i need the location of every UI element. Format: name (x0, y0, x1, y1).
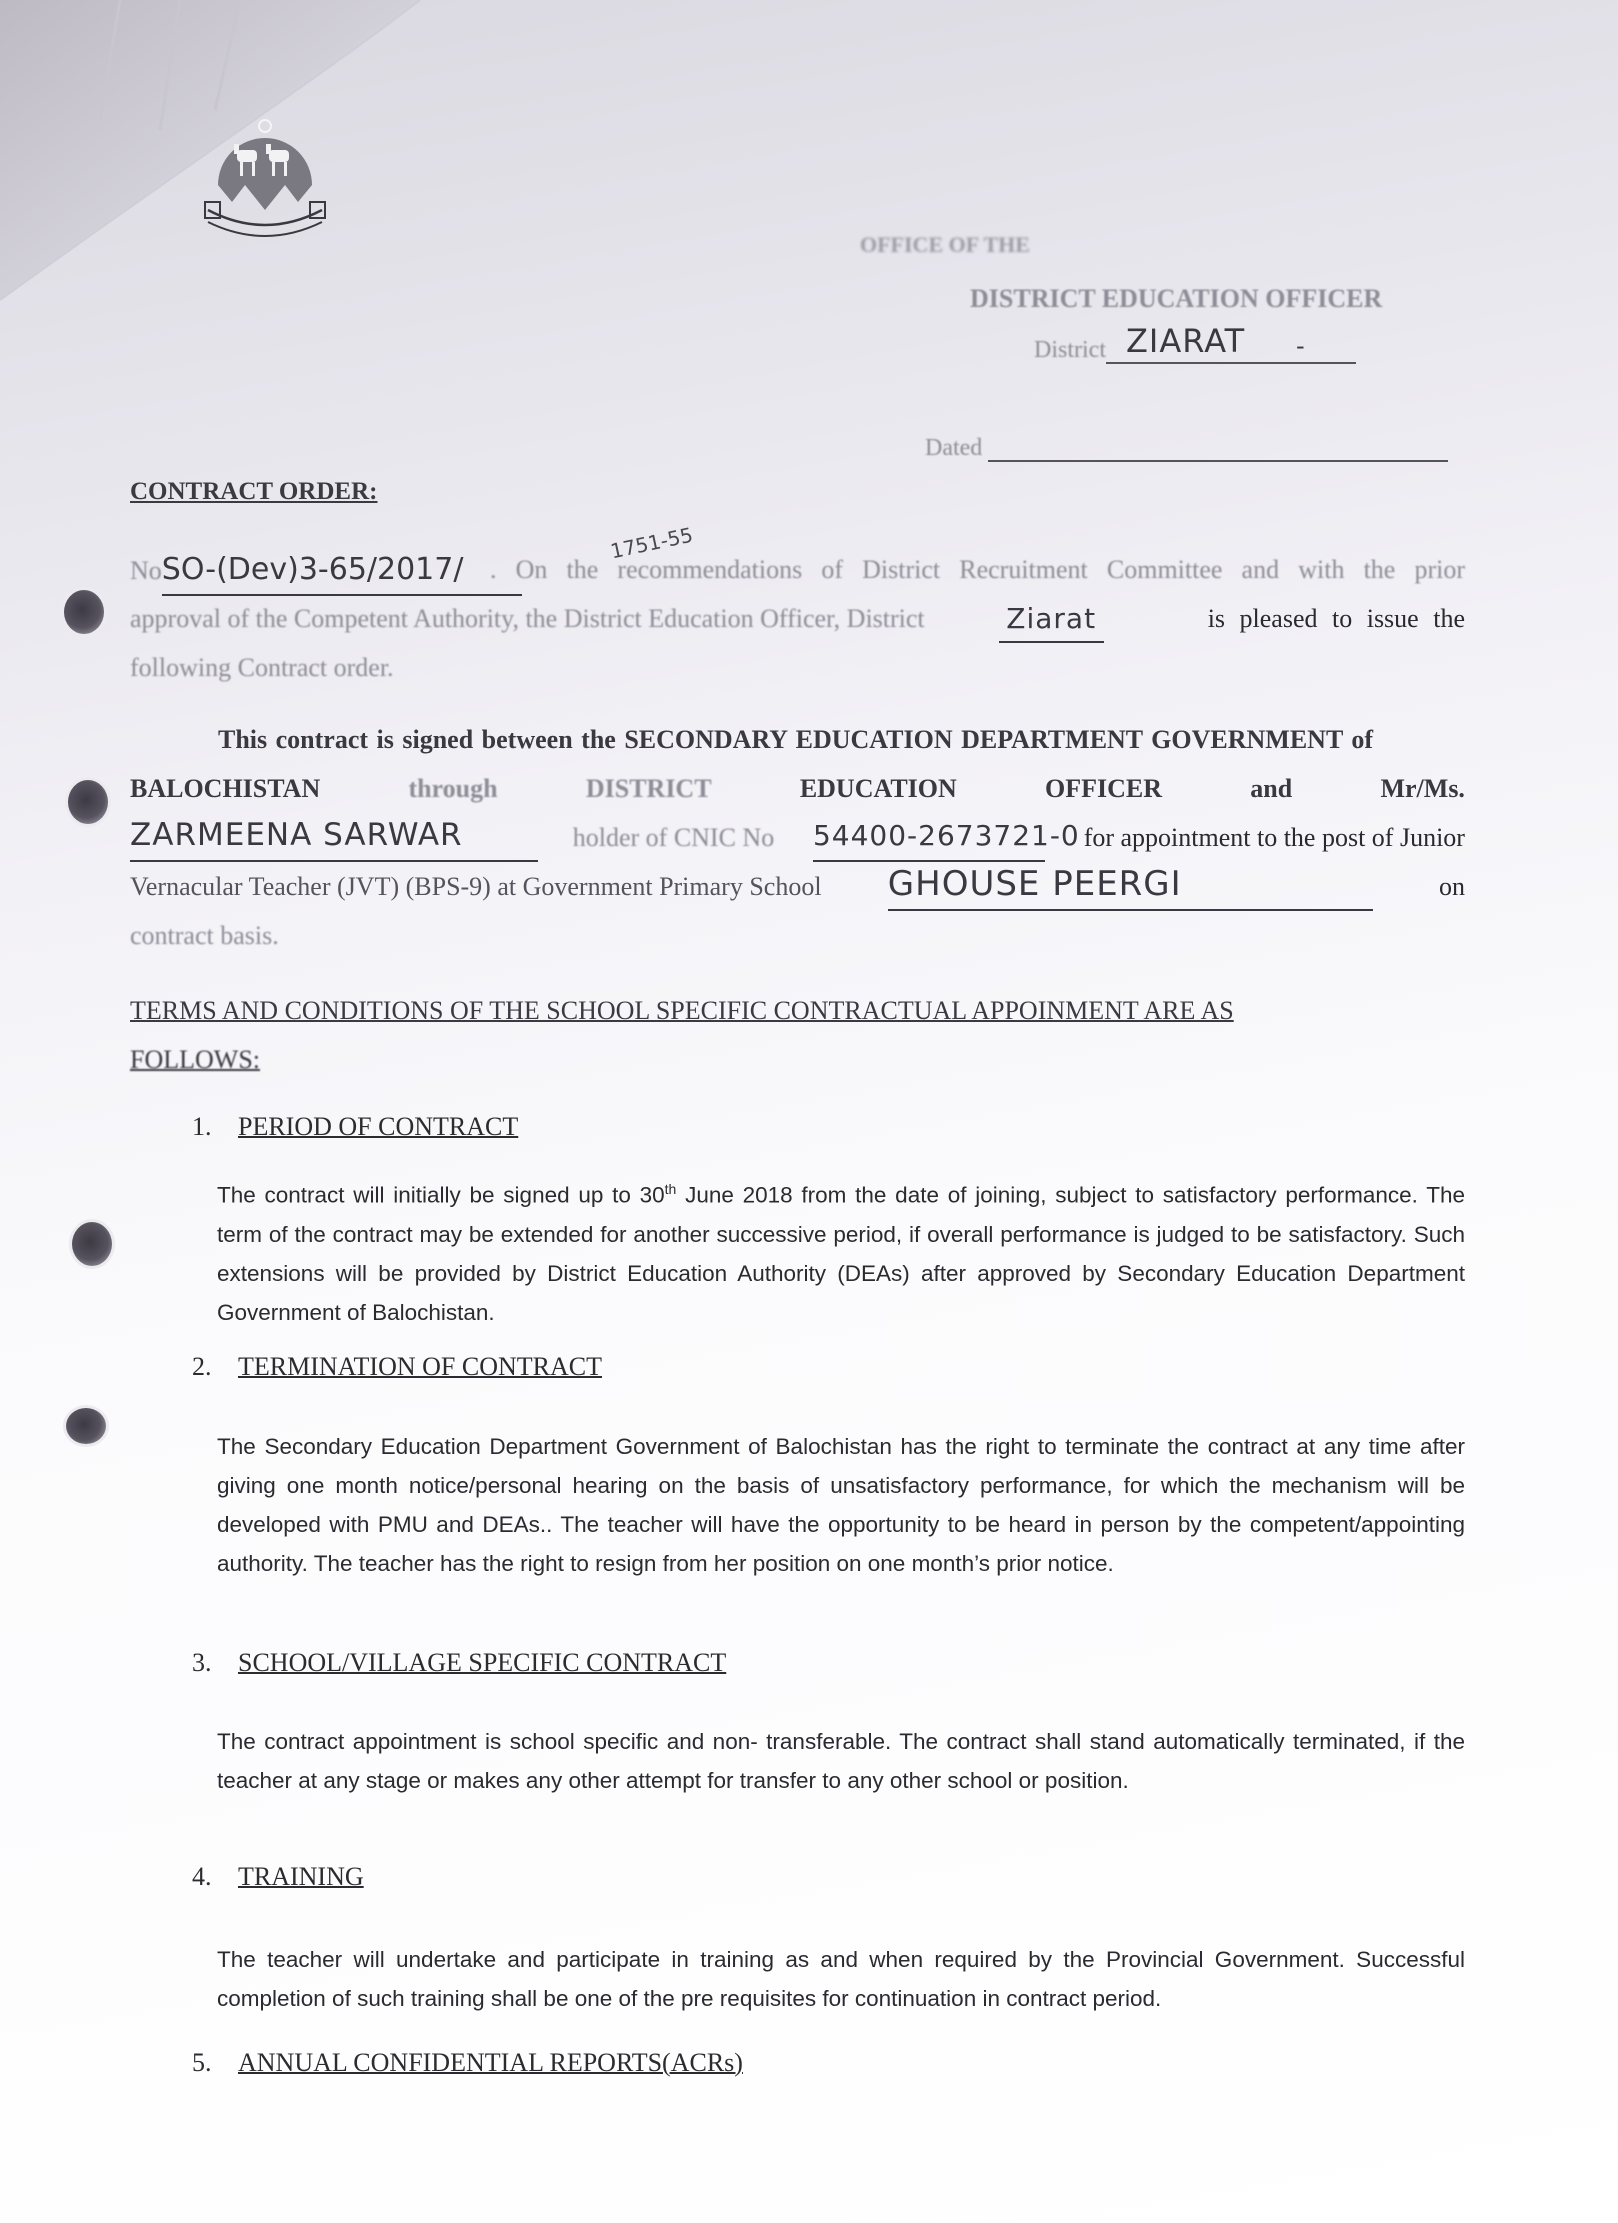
contract-line-4-end: on (1439, 862, 1465, 911)
contract-line-2-word: EDUCATION (800, 764, 957, 813)
order-line-2-end: is pleased to issue the (1208, 594, 1465, 643)
contract-line-2-word: BALOCHISTAN (130, 764, 320, 813)
office-of-the-heading: OFFICE OF THE (860, 232, 1030, 258)
section-title: TRAINING (238, 1862, 364, 1891)
punch-hole (68, 780, 108, 824)
dated-line: Dated (925, 432, 1448, 462)
order-paragraph: NoSO-(Dev)3-65/2017/1751-55. On the reco… (130, 545, 1465, 692)
section-3-heading: 3.SCHOOL/VILLAGE SPECIFIC CONTRACT (192, 1648, 726, 1678)
section-5-heading: 5.ANNUAL CONFIDENTIAL REPORTS(ACRs) (192, 2048, 743, 2078)
district-line: DistrictZIARAT- (1034, 322, 1356, 364)
punch-hole (72, 1222, 112, 1266)
terms-heading-line-2: FOLLOWS: (130, 1035, 260, 1084)
section-number: 2. (192, 1352, 238, 1382)
section-1-text-a: The contract will initially be signed up… (217, 1183, 665, 1208)
order-no-label: No (130, 556, 162, 585)
section-title: TERMINATION OF CONTRACT (238, 1352, 602, 1381)
document-page: OFFICE OF THE DISTRICT EDUCATION OFFICER… (0, 0, 1618, 2223)
balochistan-government-emblem-icon (190, 110, 340, 245)
dated-label: Dated (925, 435, 982, 461)
section-3-body: The contract appointment is school speci… (217, 1722, 1465, 1800)
district-handwritten-value: ZIARAT (1126, 322, 1245, 360)
contract-order-title: CONTRACT ORDER: (130, 478, 377, 506)
section-4-body: The teacher will undertake and participa… (217, 1940, 1465, 2018)
cnic-value: 54400-2673721-0 (813, 811, 1045, 862)
punch-hole (64, 590, 104, 634)
district-suffix: - (1296, 332, 1306, 360)
contract-line-2-word: OFFICER (1045, 764, 1162, 813)
section-1-superscript: th (665, 1181, 677, 1197)
district-education-officer-heading: DISTRICT EDUCATION OFFICER (970, 284, 1382, 314)
contract-line-4: Vernacular Teacher (JVT) (BPS-9) at Gove… (130, 862, 1465, 911)
section-4-heading: 4.TRAINING (192, 1862, 364, 1892)
contract-line-2-word: Mr/Ms. (1380, 764, 1464, 813)
section-number: 5. (192, 2048, 238, 2078)
section-number: 4. (192, 1862, 238, 1892)
contract-line-2-word: and (1250, 764, 1292, 813)
contract-line-2: BALOCHISTANthroughDISTRICTEDUCATIONOFFIC… (130, 764, 1465, 813)
order-no-value: SO-(Dev)3-65/2017/ (162, 545, 522, 596)
section-number: 1. (192, 1112, 238, 1142)
contract-line-3-end: for appointment to the post of Junior (1084, 813, 1465, 862)
section-1-heading: 1.PERIOD OF CONTRACT (192, 1112, 518, 1142)
section-title: SCHOOL/VILLAGE SPECIFIC CONTRACT (238, 1648, 726, 1677)
teacher-name-value: ZARMEENA SARWAR (130, 811, 538, 862)
order-district-value: Ziarat (999, 594, 1104, 643)
order-line-1-text: . On the recommendations of District Rec… (490, 545, 1465, 594)
section-2-heading: 2.TERMINATION OF CONTRACT (192, 1352, 602, 1382)
section-1-body: The contract will initially be signed up… (217, 1170, 1465, 1332)
contract-line-5: contract basis. (130, 911, 1465, 960)
school-name-value: GHOUSE PEERGI (888, 860, 1373, 911)
section-title: ANNUAL CONFIDENTIAL REPORTS(ACRs) (238, 2048, 743, 2077)
dated-field (988, 432, 1448, 462)
cnic-label: holder of CNIC No (573, 813, 774, 862)
section-number: 3. (192, 1648, 238, 1678)
section-2-body: The Secondary Education Department Gover… (217, 1427, 1465, 1583)
contract-line-4-start: Vernacular Teacher (JVT) (BPS-9) at Gove… (130, 862, 822, 911)
contract-line-2-word: through (408, 764, 497, 813)
contract-paragraph: This contract is signed between the SECO… (130, 715, 1465, 960)
section-title: PERIOD OF CONTRACT (238, 1112, 518, 1141)
contract-line-1-text: This contract is signed between the SECO… (218, 715, 1373, 764)
contract-line-1: This contract is signed between the SECO… (130, 715, 1465, 764)
order-line-2-start: approval of the Competent Authority, the… (130, 594, 925, 643)
punch-hole (66, 1408, 106, 1444)
contract-line-2-word: DISTRICT (586, 764, 712, 813)
order-line-1: NoSO-(Dev)3-65/2017/1751-55. On the reco… (130, 545, 1465, 594)
contract-line-3: ZARMEENA SARWAR holder of CNIC No 54400-… (130, 813, 1465, 862)
district-label: District (1034, 337, 1106, 363)
order-line-3: following Contract order. (130, 643, 1465, 692)
terms-heading-line-1: TERMS AND CONDITIONS OF THE SCHOOL SPECI… (130, 986, 1234, 1035)
district-field: ZIARAT- (1106, 322, 1356, 364)
order-line-2: approval of the Competent Authority, the… (130, 594, 1465, 643)
